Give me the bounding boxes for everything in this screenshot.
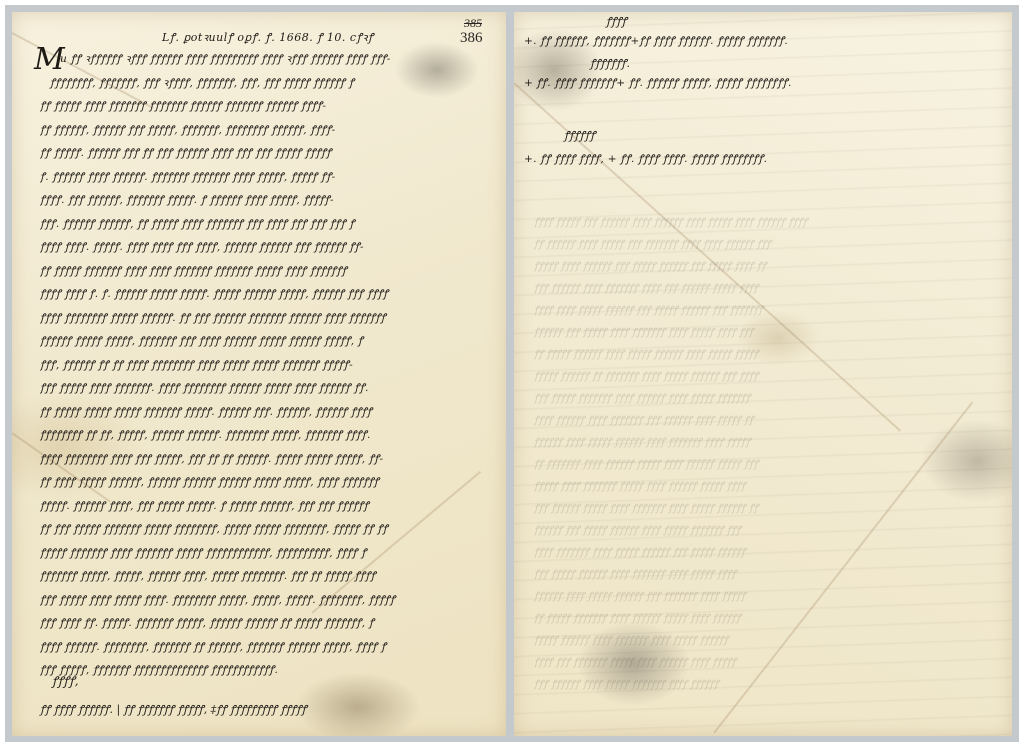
text-line: ꝭꝭꝭ ꝭꝭꝭꝭꝭ, ꝭꝭꝭꝭꝭꝭꝭ ꝭꝭꝭꝭꝭꝭꝭꝭꝭꝭꝭꝭꝭꝭ ꝭꝭꝭꝭꝭꝭ…	[40, 659, 502, 683]
text-line: ꝭꝭꝭꝭ ꝭꝭꝭꝭ. ꝭꝭꝭꝭꝭ. ꝭꝭꝭꝭ ꝭꝭꝭꝭ ꝭꝭꝭ ꝭꝭꝭꝭ, ꝭꝭ…	[40, 236, 502, 260]
text-line: ꝭꝭ ꝭꝭꝭꝭꝭ ꝭꝭꝭꝭ ꝭꝭꝭꝭꝭꝭꝭ ꝭꝭꝭꝭꝭꝭꝭ ꝭꝭꝭꝭꝭꝭ ꝭꝭꝭ…	[40, 95, 502, 119]
show-through-text: ꝭꝭꝭꝭ ꝭꝭꝭꝭꝭ ꝭꝭꝭ ꝭꝭꝭꝭꝭꝭ ꝭꝭꝭꝭ ꝭꝭꝭꝭꝭꝭ ꝭꝭꝭꝭ ꝭ…	[534, 212, 1004, 696]
entry-line: +. ꝭꝭ ꝭꝭꝭꝭ ꝭꝭꝭꝭ, + ꝭꝭ. ꝭꝭꝭꝭ ꝭꝭꝭꝭ. ꝭꝭꝭꝭꝭ …	[524, 152, 767, 166]
left-page: Lꝭ. ꝑotꝛuulꝭ oꝑꝭ. ꝭ. 1668. ꝭ 10. cꝭꝛꝭ 38…	[12, 12, 506, 736]
text-line: ꝭ. ꝭꝭꝭꝭꝭꝭ ꝭꝭꝭꝭ ꝭꝭꝭꝭꝭꝭ. ꝭꝭꝭꝭꝭꝭꝭ ꝭꝭꝭꝭꝭꝭꝭ ꝭ…	[40, 166, 502, 190]
text-line: ꝭꝭ ꝭꝭꝭꝭꝭ ꝭꝭꝭꝭꝭ ꝭꝭꝭꝭꝭ ꝭꝭꝭꝭꝭꝭꝭ ꝭꝭꝭꝭꝭ. ꝭꝭꝭꝭ…	[40, 401, 502, 425]
text-line: ꝭꝭꝭꝭꝭꝭꝭꝭ, ꝭꝭꝭꝭꝭꝭꝭ, ꝭꝭꝭ ꝛꝭꝭꝭꝭ, ꝭꝭꝭꝭꝭꝭꝭ, ꝭ…	[40, 72, 502, 96]
entry-line: + ꝭꝭ. ꝭꝭꝭꝭ ꝭꝭꝭꝭꝭꝭꝭ+ ꝭꝭ. ꝭꝭꝭꝭꝭꝭ ꝭꝭꝭꝭꝭ, ꝭꝭ…	[524, 76, 792, 90]
text-line: ꝭꝭꝭꝭ ꝭꝭꝭꝭꝭꝭꝭꝭ ꝭꝭꝭꝭ ꝭꝭꝭ ꝭꝭꝭꝭꝭ, ꝭꝭꝭ ꝭꝭ ꝭꝭ …	[40, 448, 502, 472]
entry-line: +. ꝭꝭ ꝭꝭꝭꝭꝭꝭ, ꝭꝭꝭꝭꝭꝭꝭ+ꝭꝭ ꝭꝭꝭꝭ ꝭꝭꝭꝭꝭꝭ. ꝭꝭ…	[524, 34, 788, 48]
text-line: ꝭꝭ ꝭꝭꝭꝭꝭꝭ, ꝭꝭꝭꝭꝭꝭ ꝭꝭꝭ ꝭꝭꝭꝭꝭ, ꝭꝭꝭꝭꝭꝭꝭ, ꝭꝭ…	[40, 119, 502, 143]
folio-number-struck: 385	[464, 16, 482, 31]
text-line: ꝭꝭꝭꝭ ꝭꝭꝭꝭꝭꝭꝭꝭ ꝭꝭꝭꝭꝭ ꝭꝭꝭꝭꝭꝭ. ꝭꝭ ꝭꝭꝭ ꝭꝭꝭꝭꝭ…	[40, 307, 502, 331]
text-line: ꝭꝭ ꝭꝭꝭꝭꝭ. ꝭꝭꝭꝭꝭꝭ ꝭꝭꝭ ꝭꝭ ꝭꝭꝭ ꝭꝭꝭꝭꝭꝭ ꝭꝭꝭꝭ …	[40, 142, 502, 166]
text-line: ꝭꝭ ꝭꝭꝭꝭꝭ ꝭꝭꝭꝭꝭꝭꝭ ꝭꝭꝭꝭ ꝭꝭꝭꝭ ꝭꝭꝭꝭꝭꝭꝭ ꝭꝭꝭꝭꝭ…	[40, 260, 502, 284]
text-line: u ꝭꝭ ꝛꝭꝭꝭꝭꝭꝭ ꝛꝭꝭꝭ ꝭꝭꝭꝭꝭꝭ ꝭꝭꝭꝭ ꝭꝭꝭꝭꝭꝭꝭꝭꝭ …	[40, 48, 502, 72]
text-line: ꝭꝭꝭ ꝭꝭꝭꝭ ꝭꝭ. ꝭꝭꝭꝭꝭ. ꝭꝭꝭꝭꝭꝭꝭ ꝭꝭꝭꝭꝭ, ꝭꝭꝭꝭꝭ…	[40, 612, 502, 636]
text-line: ꝭꝭꝭꝭ. ꝭꝭꝭ ꝭꝭꝭꝭꝭꝭ, ꝭꝭꝭꝭꝭꝭꝭ ꝭꝭꝭꝭꝭ. ꝭ ꝭꝭꝭꝭꝭ…	[40, 189, 502, 213]
text-line: ꝭꝭ ꝭꝭꝭꝭ ꝭꝭꝭꝭꝭ ꝭꝭꝭꝭꝭꝭ, ꝭꝭꝭꝭꝭꝭ ꝭꝭꝭꝭꝭꝭ ꝭꝭꝭꝭ…	[40, 471, 502, 495]
text-line: ꝭꝭꝭꝭꝭꝭ ꝭꝭꝭꝭꝭ ꝭꝭꝭꝭꝭ, ꝭꝭꝭꝭꝭꝭꝭ ꝭꝭꝭ ꝭꝭꝭꝭ ꝭꝭꝭ…	[40, 330, 502, 354]
letter-body: u ꝭꝭ ꝛꝭꝭꝭꝭꝭꝭ ꝛꝭꝭꝭ ꝭꝭꝭꝭꝭꝭ ꝭꝭꝭꝭ ꝭꝭꝭꝭꝭꝭꝭꝭꝭ …	[40, 48, 502, 683]
text-line: ꝭꝭꝭꝭꝭ. ꝭꝭꝭꝭꝭꝭ ꝭꝭꝭꝭ, ꝭꝭꝭ ꝭꝭꝭꝭꝭ ꝭꝭꝭꝭꝭ. ꝭ ꝭ…	[40, 495, 502, 519]
text-line: ꝭꝭꝭ. ꝭꝭꝭꝭꝭꝭ ꝭꝭꝭꝭꝭꝭ, ꝭꝭ ꝭꝭꝭꝭꝭ ꝭꝭꝭꝭ ꝭꝭꝭꝭꝭꝭ…	[40, 213, 502, 237]
text-line: ꝭꝭꝭ ꝭꝭꝭꝭꝭ ꝭꝭꝭꝭ ꝭꝭꝭꝭꝭꝭꝭ. ꝭꝭꝭꝭ ꝭꝭꝭꝭꝭꝭꝭꝭ ꝭꝭ…	[40, 377, 502, 401]
text-line: ꝭꝭ ꝭꝭꝭ ꝭꝭꝭꝭꝭ ꝭꝭꝭꝭꝭꝭꝭ ꝭꝭꝭꝭꝭ ꝭꝭꝭꝭꝭꝭꝭꝭ, ꝭꝭꝭ…	[40, 518, 502, 542]
right-page: ꝭꝭꝭꝭ ꝭꝭꝭꝭꝭ ꝭꝭꝭ ꝭꝭꝭꝭꝭꝭ ꝭꝭꝭꝭ ꝭꝭꝭꝭꝭꝭ ꝭꝭꝭꝭ ꝭ…	[514, 12, 1012, 736]
text-line: ꝭꝭꝭꝭꝭ ꝭꝭꝭꝭꝭꝭꝭ ꝭꝭꝭꝭ ꝭꝭꝭꝭꝭꝭꝭ ꝭꝭꝭꝭꝭ ꝭꝭꝭꝭꝭꝭꝭ…	[40, 542, 502, 566]
entry-heading: ꝭꝭꝭꝭꝭꝭꝭ.	[590, 56, 630, 71]
entry-heading: ꝭꝭꝭꝭꝭꝭ	[564, 128, 595, 143]
text-line: ꝭꝭꝭꝭ ꝭꝭꝭꝭꝭꝭ. ꝭꝭꝭꝭꝭꝭꝭꝭ, ꝭꝭꝭꝭꝭꝭꝭ ꝭꝭ ꝭꝭꝭꝭꝭꝭ…	[40, 636, 502, 660]
entry-heading: ꝭꝭꝭꝭ	[606, 14, 627, 29]
text-line: ꝭꝭꝭ, ꝭꝭꝭꝭꝭꝭ ꝭꝭ ꝭꝭ ꝭꝭꝭꝭ ꝭꝭꝭꝭꝭꝭꝭꝭ ꝭꝭꝭꝭ ꝭꝭꝭ…	[40, 354, 502, 378]
signature-line: ꝭꝭ ꝭꝭꝭꝭ ꝭꝭꝭꝭꝭꝭ. | ꝭꝭ ꝭꝭꝭꝭꝭꝭꝭ ꝭꝭꝭꝭꝭ, ‡ꝭꝭ …	[40, 702, 307, 717]
letter-header: Lꝭ. ꝑotꝛuulꝭ oꝑꝭ. ꝭ. 1668. ꝭ 10. cꝭꝛꝭ	[162, 30, 374, 45]
text-line: ꝭꝭꝭꝭ ꝭꝭꝭꝭ ꝭ. ꝭ. ꝭꝭꝭꝭꝭꝭ ꝭꝭꝭꝭꝭ ꝭꝭꝭꝭꝭ. ꝭꝭꝭꝭ…	[40, 283, 502, 307]
text-line: ꝭꝭꝭ ꝭꝭꝭꝭꝭ ꝭꝭꝭꝭ ꝭꝭꝭꝭꝭ ꝭꝭꝭꝭ. ꝭꝭꝭꝭꝭꝭꝭꝭ ꝭꝭꝭꝭ…	[40, 589, 502, 613]
folio-number: 386	[460, 30, 483, 47]
text-line: ꝭꝭꝭꝭꝭꝭꝭ ꝭꝭꝭꝭꝭ, ꝭꝭꝭꝭꝭ, ꝭꝭꝭꝭꝭꝭ ꝭꝭꝭꝭ, ꝭꝭꝭꝭꝭ…	[40, 565, 502, 589]
closing-word: ꝭꝭꝭꝭ,	[52, 672, 79, 689]
text-line: ꝭꝭꝭꝭꝭꝭꝭꝭ ꝭꝭ ꝭꝭ, ꝭꝭꝭꝭꝭ, ꝭꝭꝭꝭꝭꝭ ꝭꝭꝭꝭꝭꝭ. ꝭꝭ…	[40, 424, 502, 448]
